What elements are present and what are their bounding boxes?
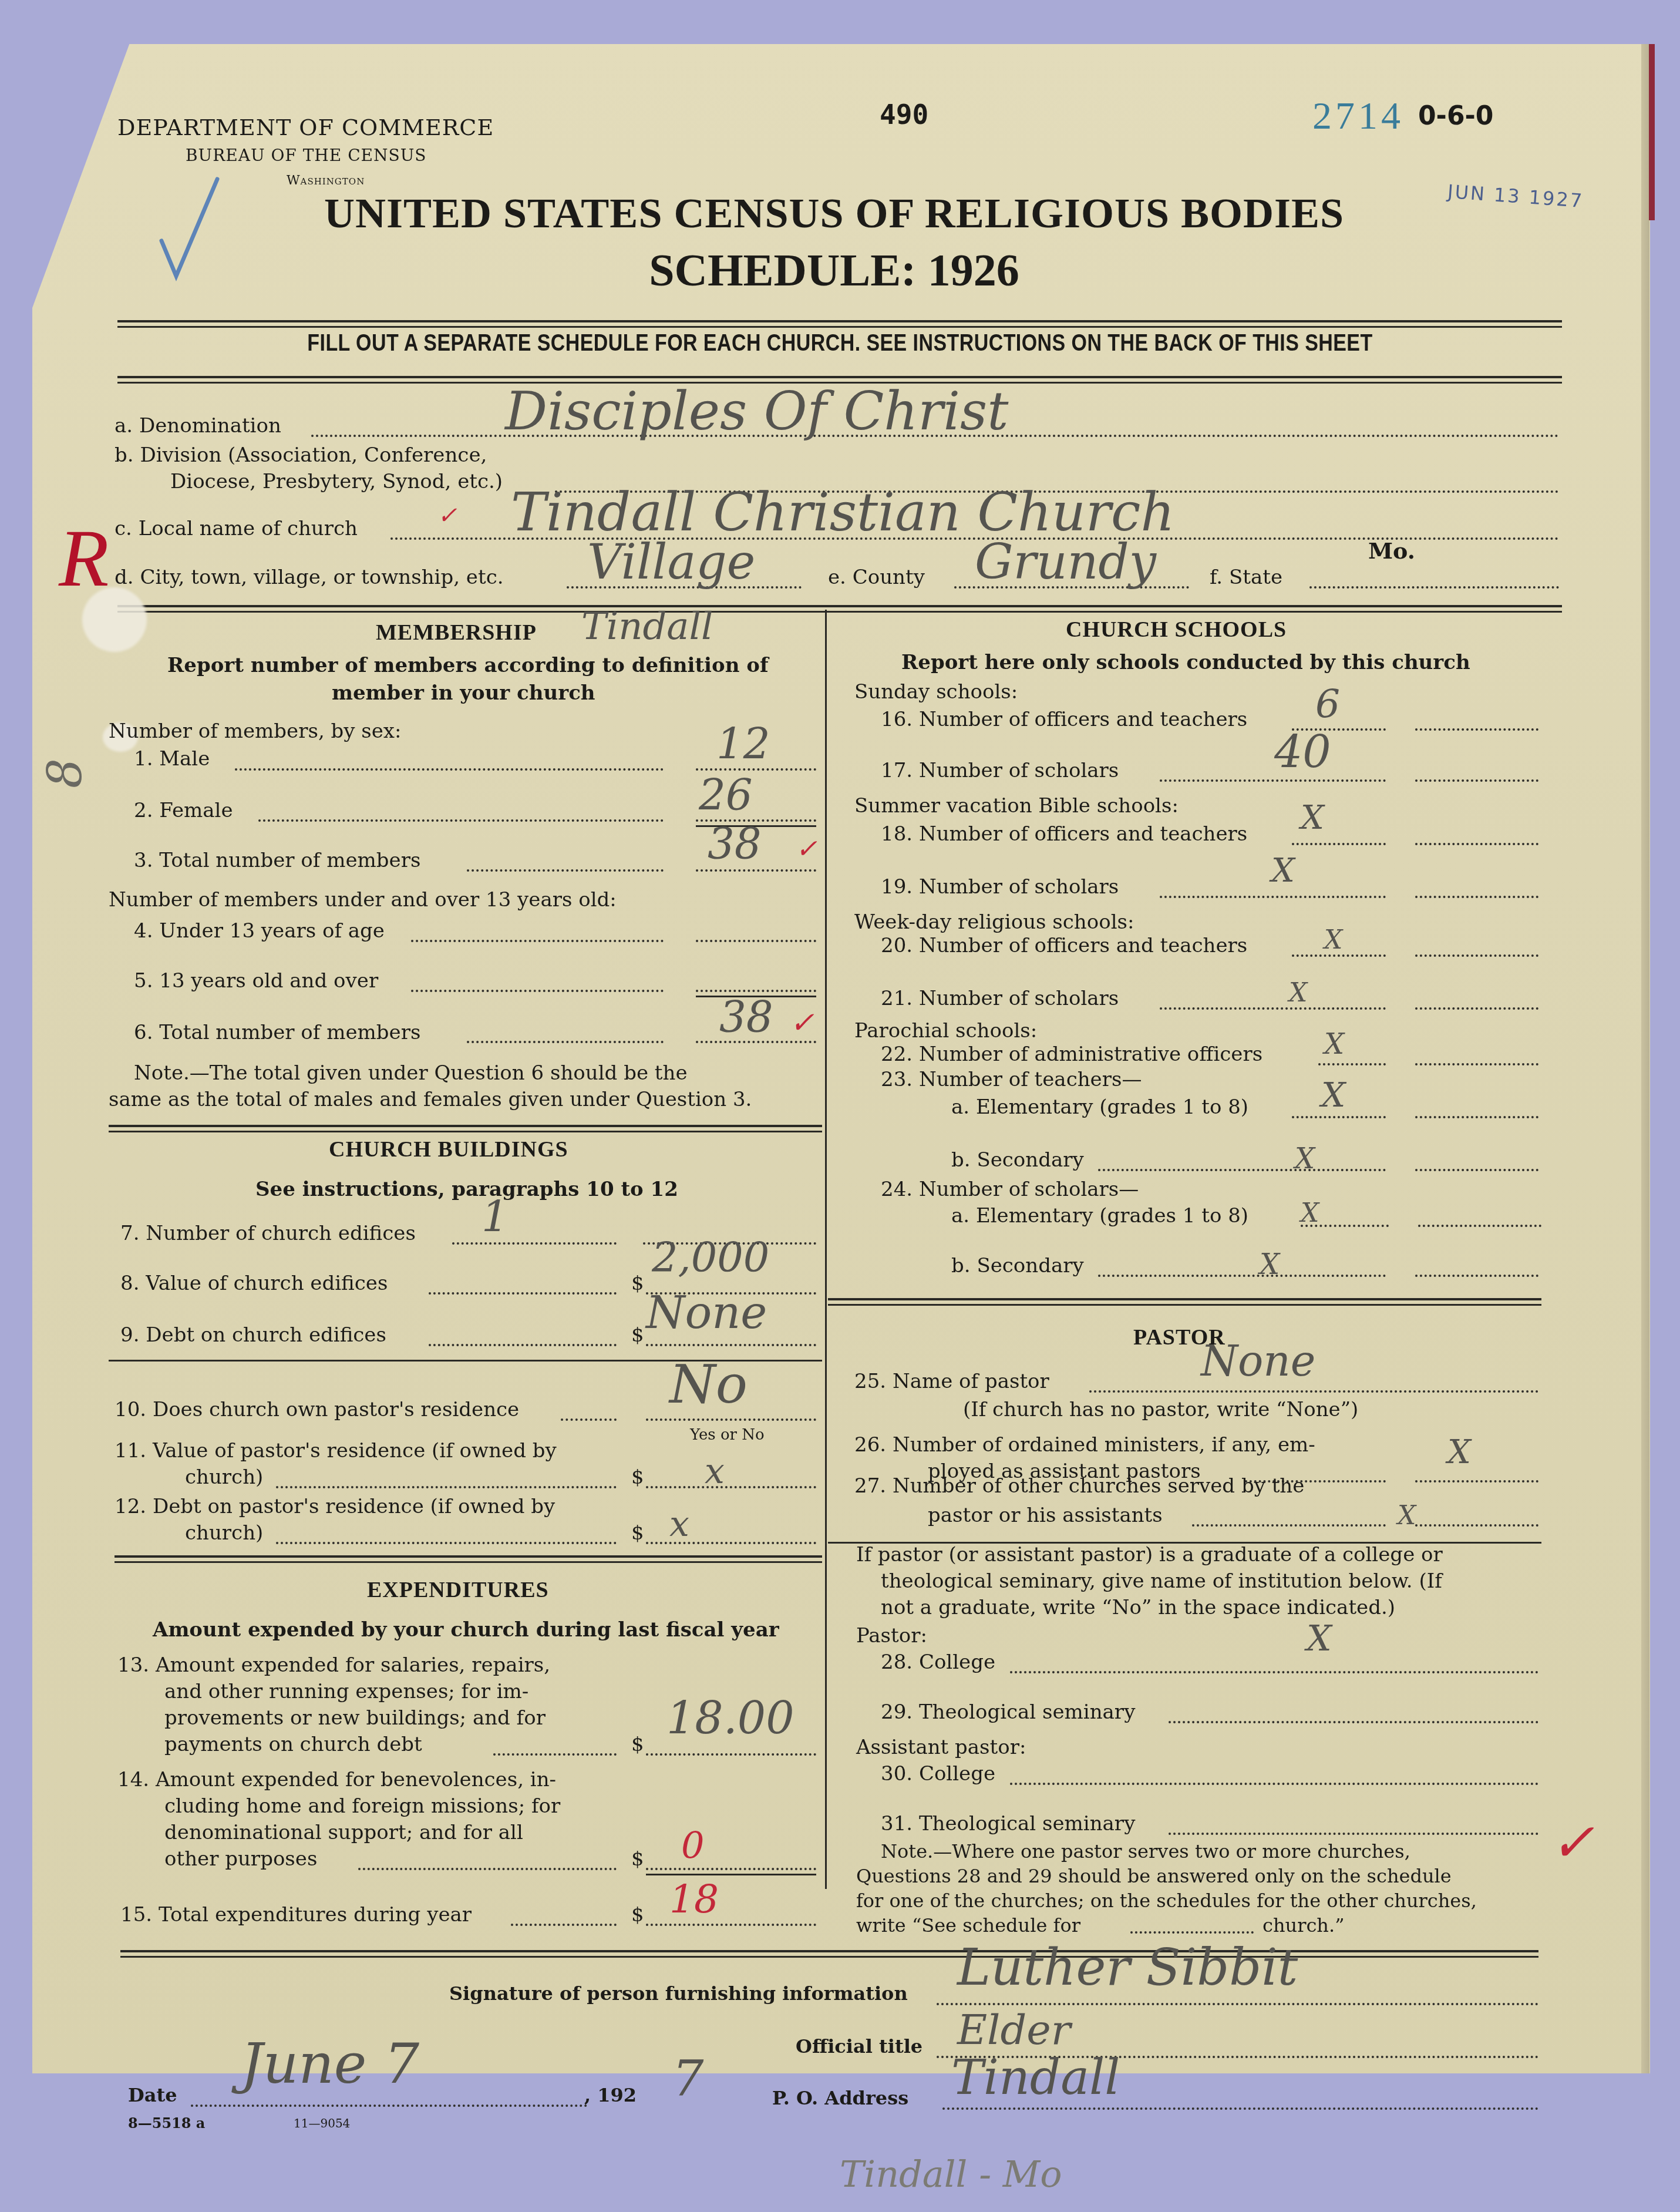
total-leader [467,869,664,872]
q30-label: 30. College [881,1762,995,1786]
membership-note-1: Note.—The total given under Question 6 s… [134,1060,688,1086]
state-field-line [1309,586,1559,589]
q13-line-2: and other running expenses; for im- [164,1680,528,1703]
graduate-note-2: theological seminary, give name of insti… [881,1568,1442,1594]
q14-leader [358,1868,617,1870]
po-address-annotation: Tindall - Mo [840,2153,1062,2196]
q31-field-line [1169,1833,1538,1835]
denomination-value[interactable]: Disciples Of Christ [505,381,1008,442]
owns-residence-hint: Yes or No [690,1426,765,1444]
print-code: 11—9054 [294,2116,350,2130]
graduate-note-3: not a graduate, write “No” in the space … [881,1595,1395,1621]
q23b-value[interactable]: X [1295,1142,1315,1175]
q19-value[interactable]: X [1271,852,1295,890]
q14-underline [646,1874,816,1875]
q24a-label: a. Elementary (grades 1 to 8) [951,1204,1248,1228]
q17-field-line [1160,779,1386,782]
edifices-debt-label: 9. Debt on church edifices [120,1323,386,1347]
owns-residence-leader [561,1418,617,1421]
county-value[interactable]: Grundy [975,534,1156,590]
members-by-sex-label: Number of members, by sex: [109,720,401,743]
pastor-note-3: for one of the churches; on the schedule… [856,1888,1477,1914]
q23-label: 23. Number of teachers— [881,1068,1142,1091]
form-title: UNITED STATES CENSUS OF RELIGIOUS BODIES [0,189,1674,238]
stamp-number: 2714 [1312,94,1404,139]
q15-currency: $ [631,1903,644,1927]
red-tick-icon: ✓ [790,1006,814,1040]
over-13-leader [411,990,664,992]
q16-value[interactable]: 6 [1315,681,1340,727]
total-members-age-value[interactable]: 38 [719,993,773,1042]
official-title-value[interactable]: Elder [957,2006,1070,2054]
q13-value[interactable]: 18.00 [666,1692,794,1744]
signature-rule [120,1950,1538,1952]
membership-heading: MEMBERSHIP [376,620,537,646]
q22-label: 22. Number of administrative officers [881,1043,1262,1066]
year-suffix-value[interactable]: 7 [672,2050,703,2107]
residence-debt-label: 12. Debt on pastor's residence (if owned… [115,1495,555,1518]
under-13-label: 4. Under 13 years of age [134,919,385,943]
q23a-label: a. Elementary (grades 1 to 8) [951,1095,1248,1119]
column-divider [825,610,827,1889]
q26-field-line [1415,1480,1538,1482]
po-address-value[interactable]: Tindall [951,2050,1120,2106]
q21-value[interactable]: X [1289,978,1307,1008]
q23b-field-line-2 [1415,1169,1538,1171]
assistant-pastor-label: Assistant pastor: [856,1736,1026,1759]
signature-value[interactable]: Luther Sibbit [957,1938,1298,1997]
q22-value[interactable]: X [1324,1028,1344,1061]
red-tick-icon: ✓ [1550,1812,1594,1874]
q18-value[interactable]: X [1301,799,1324,837]
total-members-age-label: 6. Total number of members [134,1021,420,1044]
parochial-schools-label: Parochial schools: [854,1019,1037,1043]
q29-label: 29. Theological seminary [881,1700,1135,1724]
residence-value-value[interactable]: x [705,1451,725,1492]
q19-label: 19. Number of scholars [881,875,1119,899]
bureau-location: Washington [287,173,365,188]
q24-label: 24. Number of scholars— [881,1178,1139,1201]
q14-field-line [646,1868,816,1870]
expenditures-subheading: Amount expended by your church during la… [153,1618,779,1642]
residence-value-currency: $ [631,1465,644,1489]
q13-field-line [646,1753,816,1756]
pastor-note-4b: church.” [1262,1912,1345,1938]
members-by-age-label: Number of members under and over 13 year… [109,888,617,912]
date-field-line [191,2105,587,2107]
summer-schools-label: Summer vacation Bible schools: [854,794,1179,818]
edifices-value-label: 8. Value of church edifices [120,1272,388,1295]
q22-field-line-2 [1415,1063,1538,1065]
q26-value[interactable]: X [1447,1433,1471,1471]
q23b-field-line [1098,1169,1386,1171]
residence-debt-leader [276,1542,617,1544]
paper-stain [82,587,147,652]
q28-label: 28. College [881,1650,995,1674]
q28-field-line [1010,1671,1538,1673]
signature-label: Signature of person furnishing informati… [449,1982,908,2005]
male-value[interactable]: 12 [716,720,770,769]
q15-label: 15. Total expenditures during year [120,1903,472,1927]
edifices-debt-currency: $ [631,1323,644,1347]
q19-field-line [1160,896,1386,898]
form-number-top: 490 [880,99,928,130]
membership-rule [109,1125,822,1127]
state-value[interactable]: Mo. [1368,537,1415,564]
schools-rule [828,1298,1541,1300]
q13-line-1: 13. Amount expended for salaries, repair… [117,1653,550,1677]
red-tick-icon: ✓ [437,502,457,529]
owns-residence-field-line [646,1418,816,1421]
q24b-label: b. Secondary [951,1254,1084,1278]
residence-value-label: 11. Value of pastor's residence (if owne… [115,1439,557,1463]
q31-label: 31. Theological seminary [881,1812,1135,1836]
division-label-line2: Diocese, Presbytery, Synod, etc.) [170,470,503,493]
q27-field-line [1415,1524,1538,1527]
q28-value[interactable]: X [1307,1618,1332,1659]
membership-subheading-1: Report number of members according to de… [167,654,769,677]
bureau-name: BUREAU OF THE CENSUS [186,146,426,165]
pastor-note-4: write “See schedule for [856,1912,1080,1938]
state-label: f. State [1210,566,1282,589]
division-label-line1: b. Division (Association, Conference, [115,443,487,467]
signature-field-line [937,2003,1538,2005]
q13-line-4: payments on church debt [164,1733,422,1756]
q27-line-1: 27. Number of other churches served by t… [854,1474,1304,1498]
header-rule-top [117,320,1562,322]
edifices-value-value[interactable]: 2,000 [652,1233,769,1282]
q21-field-line [1160,1007,1386,1010]
church-buildings-heading: CHURCH BUILDINGS [329,1137,568,1162]
q23a-field-line [1292,1116,1386,1118]
edifices-count-value[interactable]: 1 [482,1192,509,1242]
membership-note-2: same as the total of males and females g… [109,1087,752,1112]
owns-residence-value[interactable]: No [669,1354,748,1416]
q14-line-3: denominational support; and for all [164,1821,523,1844]
q25-field-line [1089,1390,1538,1393]
q22-field-line [1318,1063,1386,1065]
q14-line-4: other purposes [164,1847,317,1871]
over-13-field-line [696,990,816,992]
female-leader [258,819,664,822]
q24a-field-line-2 [1418,1225,1541,1227]
q25-hint: (If church has no pastor, write “None”) [963,1398,1358,1421]
q18-field-line-2 [1415,843,1538,845]
q16-label: 16. Number of officers and teachers [881,708,1247,731]
total-field-line [696,869,816,872]
residence-debt-value[interactable]: x [669,1504,689,1545]
edifices-count-leader [452,1242,617,1245]
church-schools-subheading: Report here only schools conducted by th… [901,651,1470,674]
female-value[interactable]: 26 [699,771,753,820]
header-rule-bottom [117,376,1562,378]
paper-edge [1641,44,1649,2073]
membership-annotation: Tindall [581,605,713,648]
q13-line-3: provements or new buildings; and for [164,1706,546,1730]
denomination-label: a. Denomination [115,414,281,438]
q17-label: 17. Number of scholars [881,759,1119,782]
q25-label: 25. Name of pastor [854,1370,1049,1393]
identity-rule [117,605,1562,607]
female-label: 2. Female [134,799,233,822]
q21-label: 21. Number of scholars [881,987,1119,1010]
see-schedule-field-line [1130,1931,1254,1934]
under-13-field-line [696,940,816,942]
q27-value[interactable]: X [1398,1501,1416,1531]
q24b-field-line-2 [1415,1275,1538,1277]
q30-field-line [1010,1783,1538,1785]
q14-line-2: cluding home and foreign missions; for [164,1794,560,1818]
q24a-value[interactable]: X [1301,1198,1319,1228]
church-schools-heading: CHURCH SCHOOLS [1066,617,1287,643]
pastor-note-2: Questions 28 and 29 should be answered o… [856,1863,1452,1889]
under-13-leader [411,940,664,942]
total-age-leader [467,1041,664,1043]
over-13-label: 5. 13 years old and over [134,969,378,993]
q16-field-line-2 [1415,728,1538,731]
q14-currency: $ [631,1847,644,1871]
q13-currency: $ [631,1733,644,1756]
edifices-debt-field-line [646,1344,816,1346]
stamp-code: 0-6-0 [1418,101,1493,131]
q25-value[interactable]: None [1201,1336,1315,1386]
edifices-value-leader [429,1292,617,1295]
q18-field-line [1292,843,1386,845]
city-value[interactable]: Village [587,534,755,590]
graduate-note-1: If pastor (or assistant pastor) is a gra… [856,1542,1443,1568]
membership-subheading-2: member in your church [332,681,595,705]
year-prefix: , 192 [584,2084,637,2106]
county-label: e. County [828,566,925,589]
q23a-field-line-2 [1415,1116,1538,1118]
q23b-label: b. Secondary [951,1148,1084,1172]
form-subtitle: SCHEDULE: 1926 [0,244,1674,297]
q24b-value[interactable]: X [1260,1248,1280,1281]
edifices-debt-leader [429,1344,617,1346]
edifices-value-currency: $ [631,1272,644,1295]
q23a-value[interactable]: X [1321,1075,1345,1115]
owns-residence-label: 10. Does church own pastor's residence [115,1398,519,1421]
red-tick-icon: ✓ [796,834,817,864]
date-value[interactable]: June 7 [241,2032,419,2096]
q14-line-1: 14. Amount expended for benevolences, in… [117,1768,556,1791]
residence-debt-label-2: church) [185,1521,263,1545]
residence-debt-currency: $ [631,1521,644,1545]
q15-value[interactable]: 18 [669,1877,719,1922]
official-title-label: Official title [796,2035,923,2058]
q13-leader [493,1753,617,1756]
q20-value[interactable]: X [1324,925,1342,955]
expenditures-heading: EXPENDITURES [367,1577,549,1603]
q17-value[interactable]: 40 [1274,725,1331,778]
q15-leader [511,1924,617,1926]
q24b-field-line [1098,1275,1386,1277]
pastor-note-1: Note.—Where one pastor serves two or mor… [881,1838,1410,1864]
edifices-count-label: 7. Number of church edifices [120,1222,416,1245]
local-name-label: c. Local name of church [115,517,358,540]
male-leader [235,768,664,771]
total-members-value[interactable]: 38 [708,819,762,869]
residence-value-leader [276,1486,617,1488]
q27-leader [1192,1524,1386,1527]
church-buildings-subheading: See instructions, paragraphs 10 to 12 [255,1178,678,1201]
q26-line-1: 26. Number of ordained ministers, if any… [854,1433,1315,1457]
weekday-schools-label: Week-day religious schools: [854,910,1134,934]
residence-value-field-line [646,1486,816,1488]
q18-label: 18. Number of officers and teachers [881,822,1247,846]
q20-field-line-2 [1415,954,1538,957]
pastor-subsection-label: Pastor: [856,1624,927,1648]
date-label: Date [128,2084,177,2106]
residence-value-label-2: church) [185,1465,263,1489]
q17-field-line-2 [1415,779,1538,782]
q29-field-line [1169,1721,1538,1723]
po-address-field-line [942,2107,1538,2110]
total-members-label: 3. Total number of members [134,849,420,872]
sunday-schools-label: Sunday schools: [854,680,1018,704]
department-name: DEPARTMENT OF COMMERCE [117,115,494,140]
q15-field-line [646,1924,816,1926]
po-address-label: P. O. Address [772,2087,908,2109]
q21-field-line-2 [1415,1007,1538,1010]
q14-value[interactable]: 0 [681,1824,704,1867]
q19-field-line-2 [1415,896,1538,898]
edifices-debt-value[interactable]: None [646,1286,767,1339]
q20-label: 20. Number of officers and teachers [881,934,1247,957]
city-label: d. City, town, village, or township, etc… [115,566,504,589]
pencil-margin-number: 8 [38,758,92,788]
form-code: 8—5518 a [128,2114,205,2132]
q27-line-2: pastor or his assistants [928,1504,1163,1527]
male-label: 1. Male [134,747,210,771]
buildings-bottom-rule [115,1555,822,1558]
fill-instruction: FILL OUT A SEPARATE SCHEDULE FOR EACH CH… [126,330,1554,357]
